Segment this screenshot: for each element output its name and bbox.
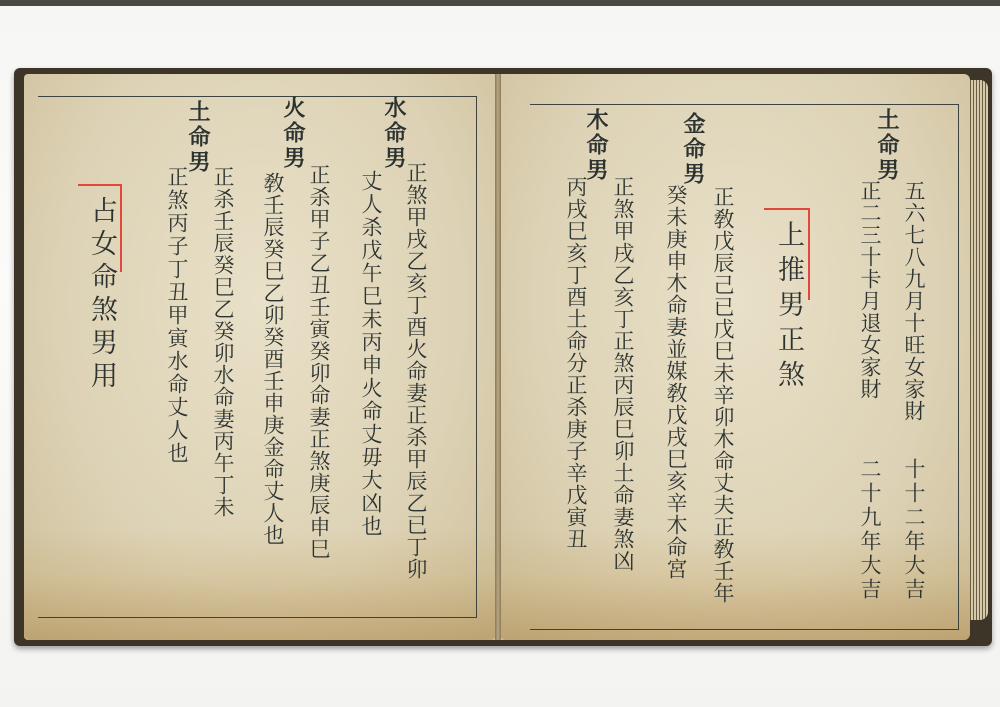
heading-earth-male: 土命男: [876, 108, 898, 183]
text-column: 正煞丙子丁丑甲寅水命丈人也: [166, 166, 187, 465]
section-title: 占女命煞男用: [88, 196, 115, 394]
scanner-edge: [0, 0, 1000, 6]
heading-wood-male: 木命男: [585, 108, 607, 183]
text-column: 正敎戊辰己已戊巳未辛卯木命丈夫正敎壬年: [712, 186, 733, 604]
text-column: 丈人杀戊午巳未丙申火命丈毋大凶也: [360, 170, 381, 538]
page-edges: [968, 80, 988, 620]
section-title: 上推男正煞: [775, 220, 802, 395]
heading-metal-male: 金命男: [682, 112, 704, 187]
text-column: 正二三十卡月退女家財: [859, 180, 880, 400]
book-gutter: [495, 74, 501, 640]
text-column: 正杀甲子乙丑壬寅癸卯命妻正煞庚辰申巳: [308, 164, 329, 560]
text-column: 正杀壬辰癸巳乙癸卯水命妻丙午丁未: [212, 166, 233, 518]
heading-fire-male: 火命男: [282, 96, 304, 171]
text-column: 癸未庚申木命妻並媒敎戊戌巳亥辛木命宮: [665, 184, 686, 580]
text-column: 正煞甲戌乙亥丁正煞丙辰巳卯土命妻煞凶: [612, 176, 633, 572]
heading-earth-male-2: 土命男: [187, 100, 209, 175]
text-column: 二十九年大吉: [859, 458, 880, 602]
text-column: 正煞甲戌乙亥丁酉火命妻正杀甲辰乙已丁卯: [405, 162, 426, 580]
heading-water-male: 水命男: [383, 96, 405, 171]
text-column: 五六七八九月十旺女家財: [903, 180, 924, 422]
text-column: 敎壬辰癸巳乙卯癸酉壬申庚金命丈人也: [262, 172, 283, 546]
text-column: 丙戌巳亥丁酉土命分正杀庚子辛戊寅丑: [565, 176, 586, 550]
text-column: 十十二年大吉: [903, 458, 924, 602]
